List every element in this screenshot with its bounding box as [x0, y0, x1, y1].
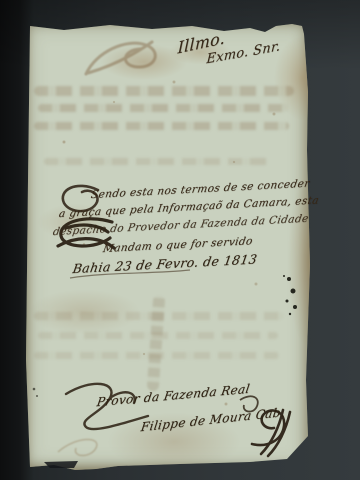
- bleedthrough-row: [34, 86, 294, 96]
- bleedthrough-row: [38, 104, 288, 112]
- bleedthrough-row: [34, 122, 289, 130]
- photo-backdrop: Illmo. Exmo. Snr. Sendo esta nos termos …: [0, 0, 360, 480]
- bleedthrough-row: [44, 158, 274, 165]
